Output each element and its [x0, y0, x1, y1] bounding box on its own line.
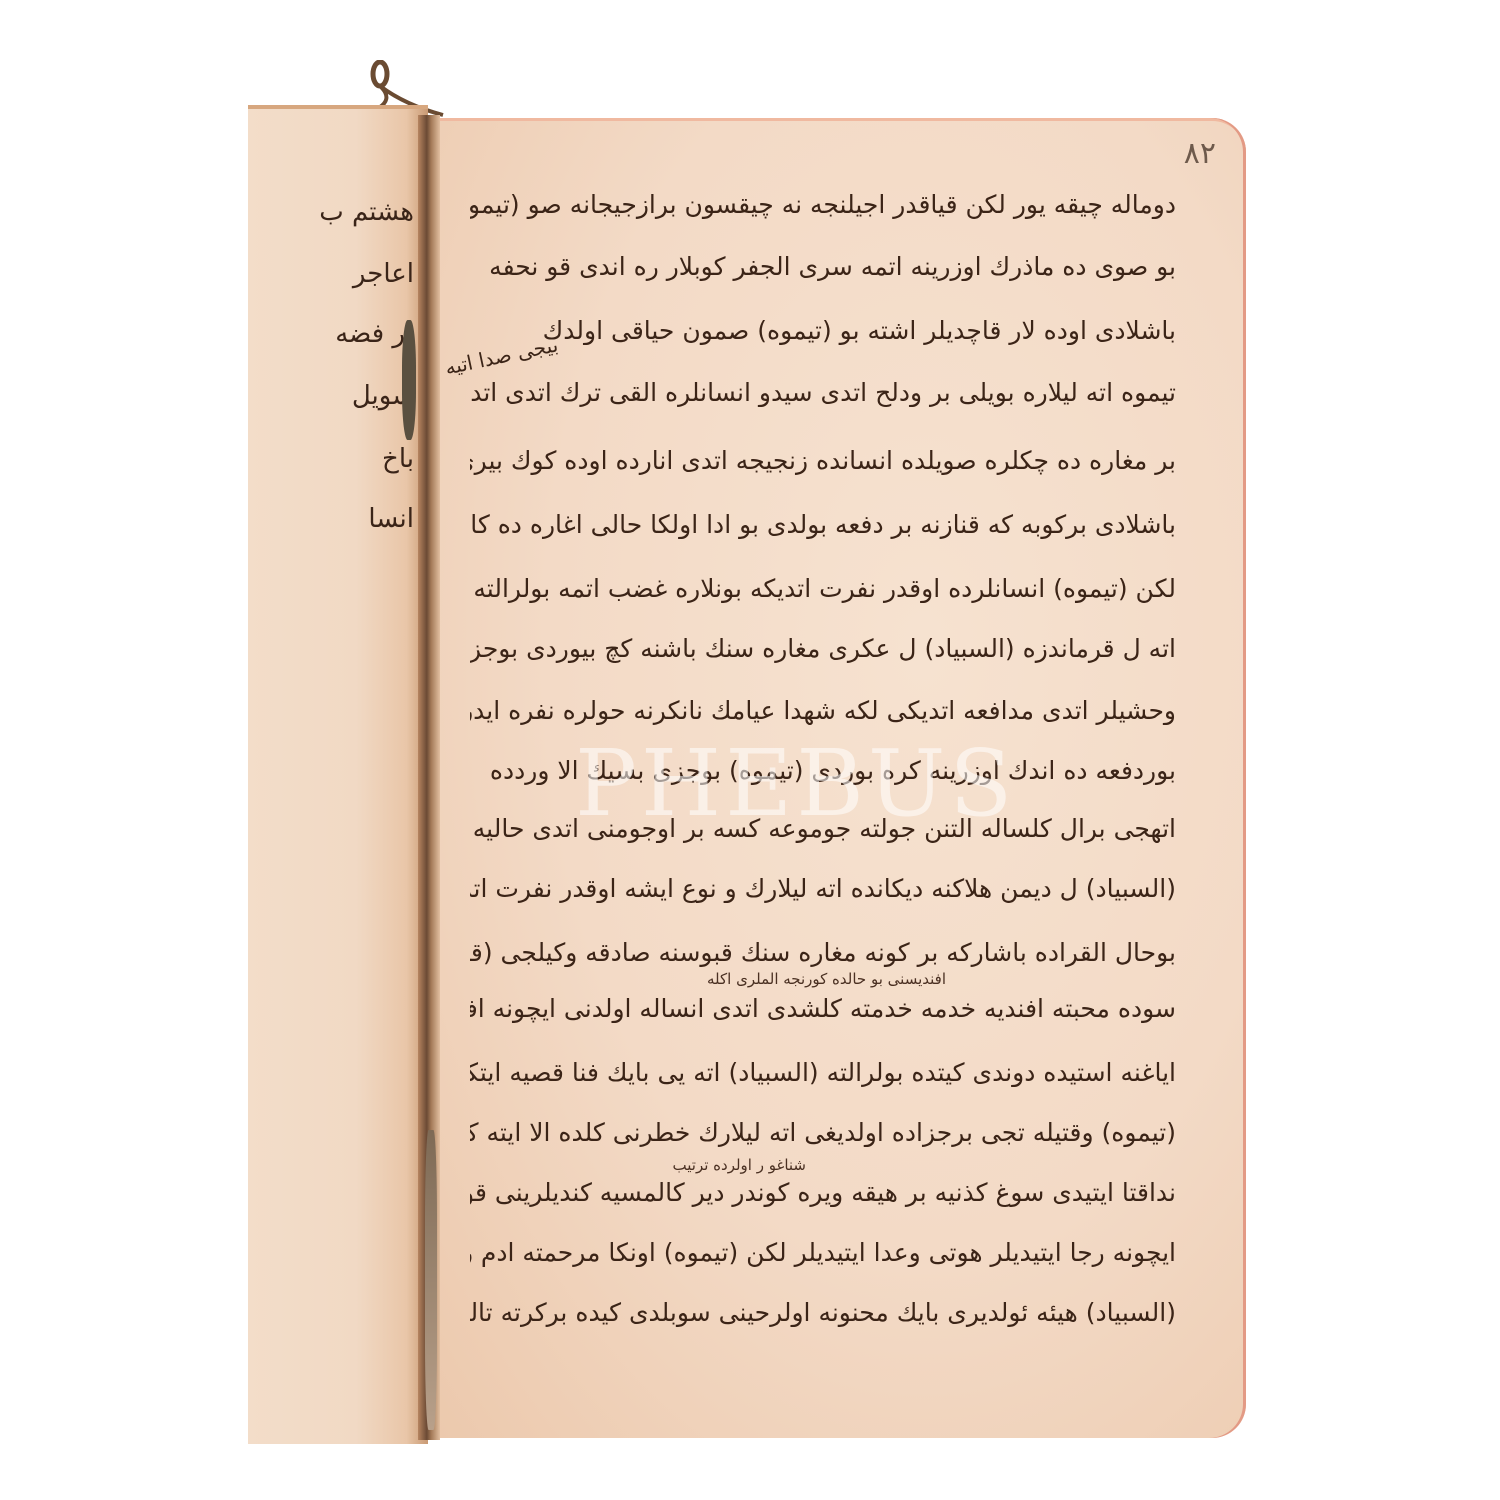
left-line: انسا — [368, 504, 414, 534]
page-number: ٨٢ — [1184, 136, 1216, 171]
manuscript-line: باشلادی اوده لار قاچدیلر اشته بو (تیموه)… — [470, 316, 1176, 345]
left-line: هشتم ب — [319, 197, 414, 227]
manuscript-line: (السبیاد) ل دیمن هلاكنه دیكانده اته لیلا… — [470, 874, 1176, 903]
left-line: باخ — [382, 444, 414, 474]
manuscript-line: بوحال القراده باشاركه بر كونه مغاره سنك … — [470, 938, 1176, 967]
spine-tear — [402, 320, 416, 440]
left-line: اعاجر — [353, 259, 414, 289]
manuscript-line: تیموه اته لیلاره بویلی بر ودلح اتدی سیدو… — [470, 378, 1176, 407]
manuscript-line: بر مغاره ده چکلره صویلده انسانده زنجیجه … — [470, 446, 1176, 475]
manuscript-line: دوماله چیقه یور لكن قیاقدر اجیلنجه نه چی… — [470, 190, 1176, 219]
manuscript-line: لكن (تیموه) انسانلرده اوقدر نفرت اتدیكه … — [470, 574, 1176, 603]
manuscript-line: اته ل قرماندزه (السبیاد) ل عكری مغاره سن… — [470, 634, 1176, 663]
manuscript-line: (تیموه) وقتیله تجی برجزاده اولدیغی اته ل… — [470, 1118, 1176, 1147]
manuscript-line: وحشیلر اتدی مدافعه اتدیكی لكه شهدا عیامك… — [470, 696, 1176, 725]
left-page: هشتم ب اعاجر بر فضه سویل باخ انسا — [248, 105, 428, 1444]
spine-tear — [425, 1130, 437, 1430]
manuscript-line: باشلادی بركوبه كه قنازنه بر دفعه بولدی ب… — [470, 510, 1176, 539]
manuscript-line: ایچونه رجا ایتیدیلر هوتی وعدا ایتیدیلر ل… — [470, 1238, 1176, 1267]
manuscript-line: بو صوی ده ماذرك اوزرینه اتمه سری الجفر ك… — [470, 252, 1176, 281]
manuscript-line: سوده محبته افندیه خدمه خدمته كلشدی اتدی … — [470, 994, 1176, 1023]
manuscript-line: (السبیاد) هیئه ئولدیری بایك محنونه اولرح… — [470, 1298, 1176, 1327]
watermark: PHEBUS — [575, 730, 1016, 837]
manuscript-line: ایاغنه استیده دوندی كیتده بولرالته (السب… — [470, 1058, 1176, 1087]
manuscript-line: نداقتا ایتیدی سوغ كذنیه بر هیقه ویره كون… — [470, 1178, 1176, 1207]
interlinear-note: افندیسنی بو حالده كورنجه الملری اكله — [707, 970, 946, 988]
interlinear-note: شناغو ر اولرده ترتیب — [673, 1156, 806, 1174]
